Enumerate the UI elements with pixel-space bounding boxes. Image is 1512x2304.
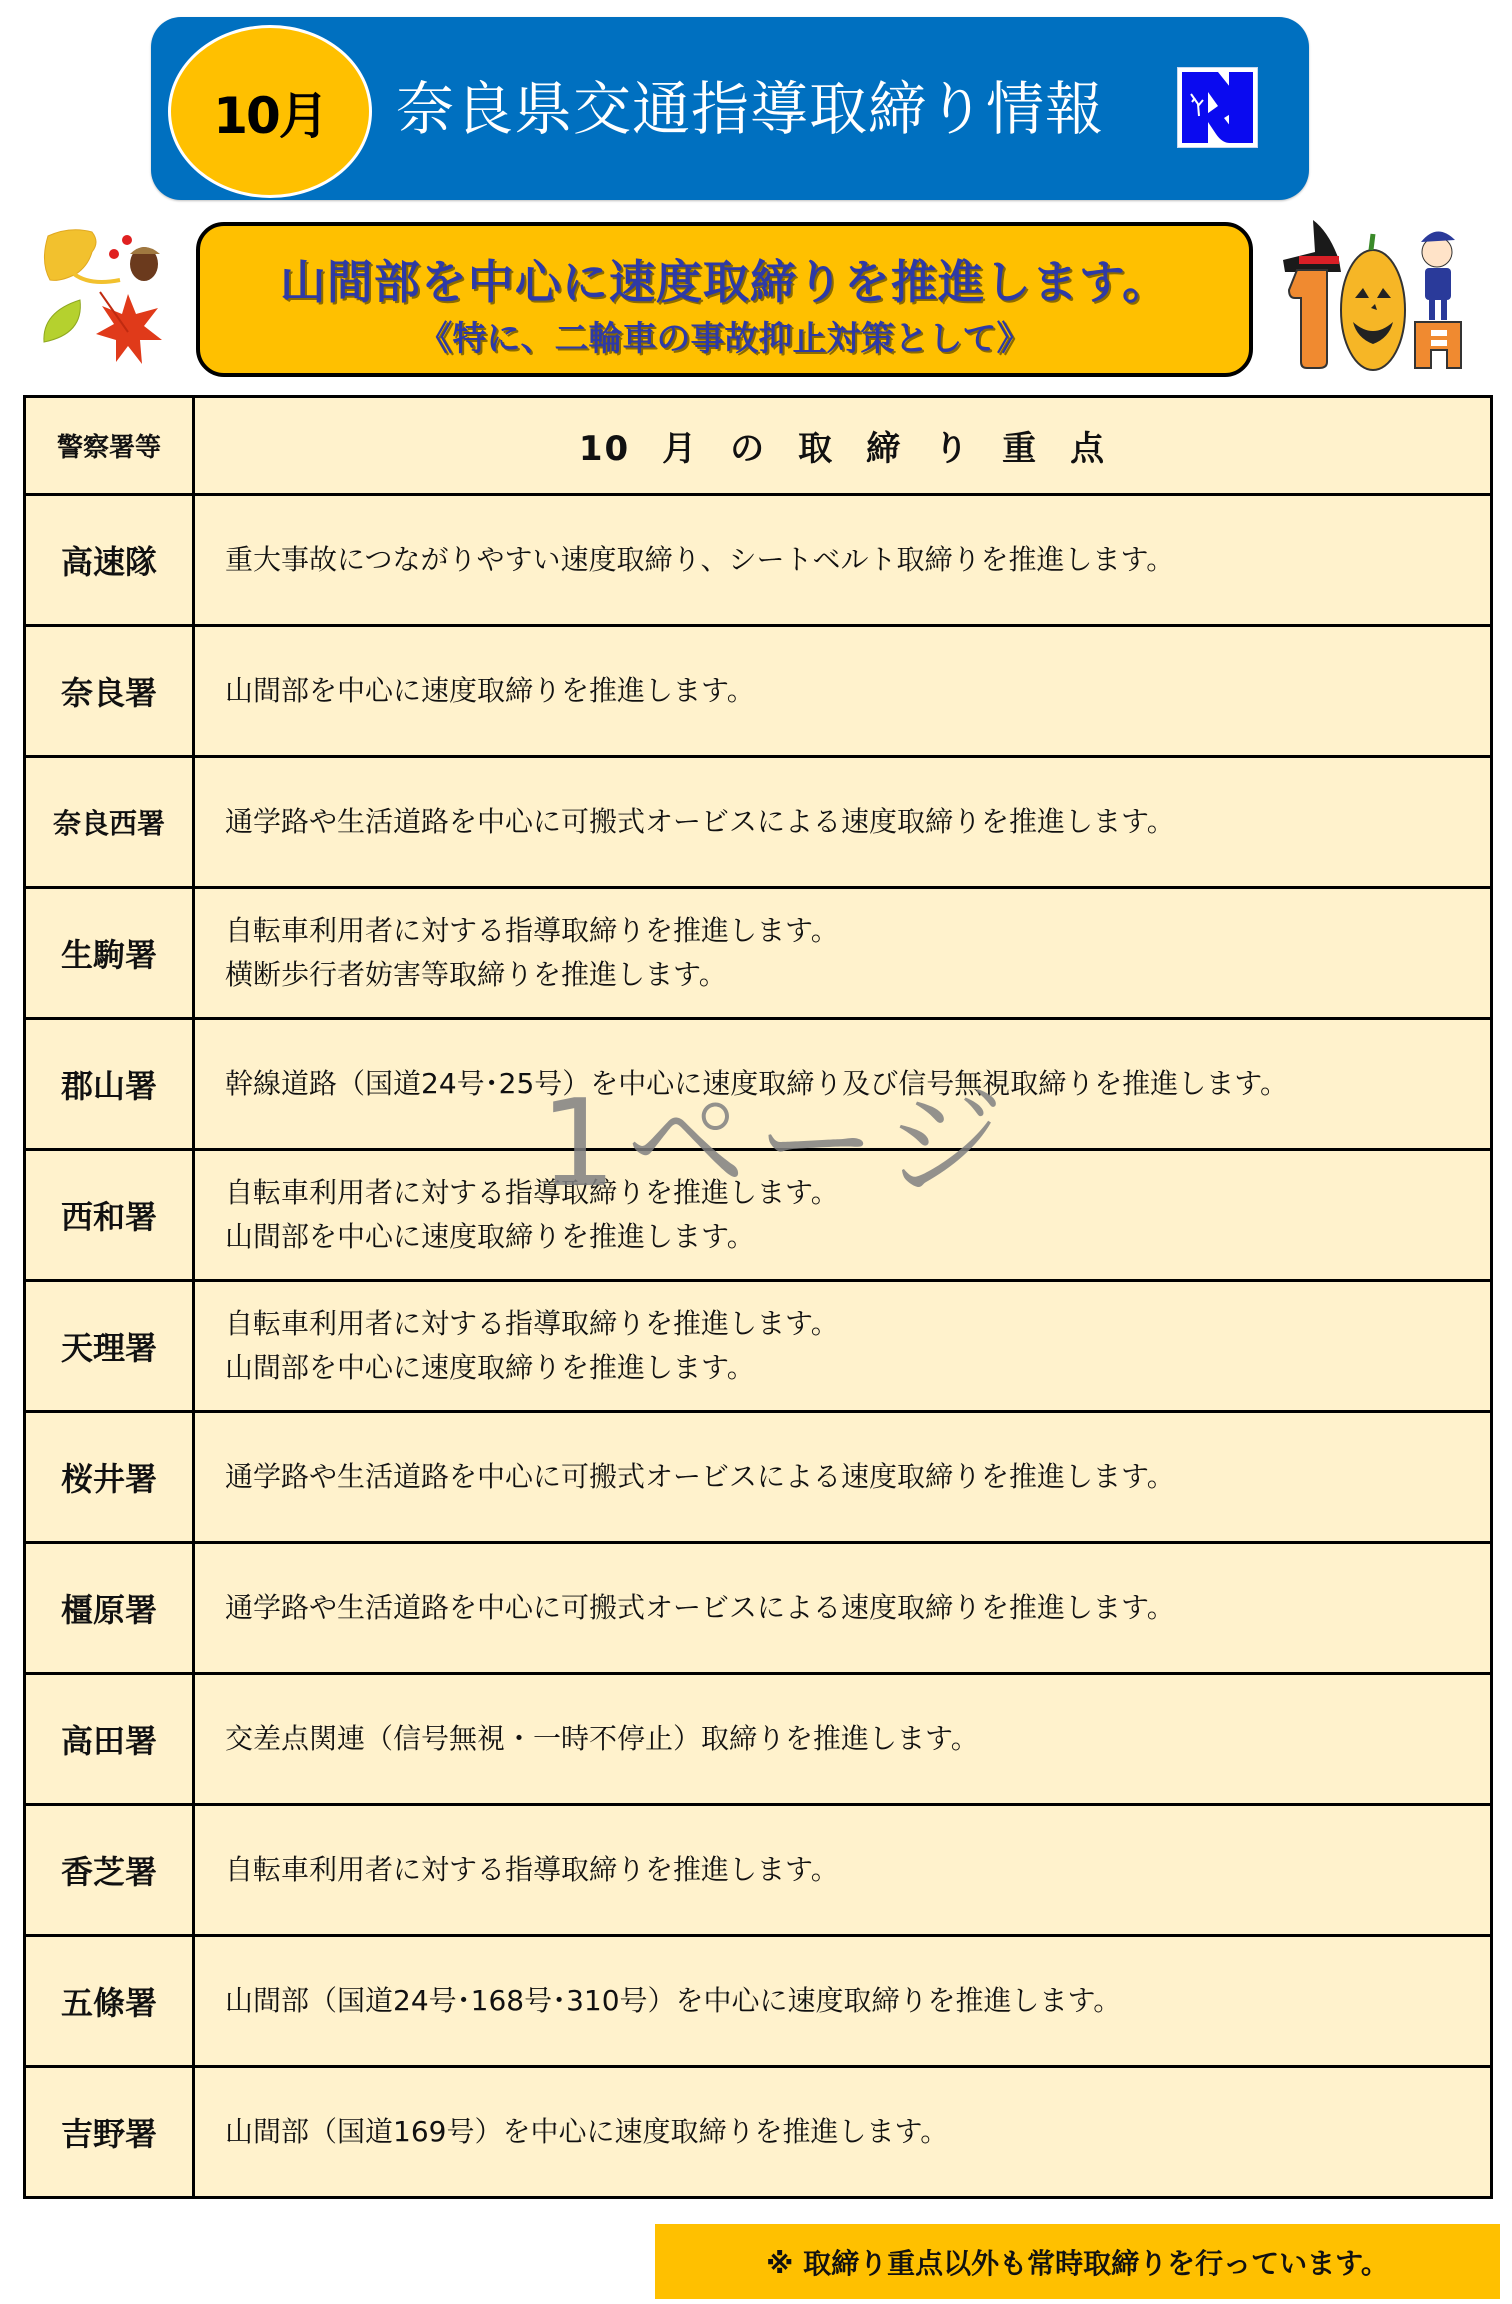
table-row: 奈良署 山間部を中心に速度取締りを推進します。 (25, 626, 1492, 757)
table-row: 天理署 自転車利用者に対する指導取締りを推進します。 山間部を中心に速度取締りを… (25, 1281, 1492, 1412)
column-header-station: 警察署等 (25, 397, 194, 495)
focus-line: 自転車利用者に対する指導取締りを推進します。 (225, 1302, 1490, 1346)
station-name: 生駒署 (25, 888, 194, 1019)
station-name: 香芝署 (25, 1805, 194, 1936)
focus-text: 山間部（国道169号）を中心に速度取締りを推進します。 (194, 2067, 1492, 2198)
enforcement-table: 警察署等 10月の取締り重点 高速隊 重大事故につながりやすい速度取締り、シート… (23, 395, 1493, 2199)
month-badge-label: 10月 (213, 76, 327, 148)
column-header-focus: 10月の取締り重点 (194, 397, 1492, 495)
focus-text: 交差点関連（信号無視・一時不停止）取締りを推進します。 (194, 1674, 1492, 1805)
focus-text: 通学路や生活道路を中心に可搬式オービスによる速度取締りを推進します。 (194, 1543, 1492, 1674)
autumn-leaves-icon (30, 222, 190, 372)
station-name: 五條署 (25, 1936, 194, 2067)
station-name: 奈良西署 (25, 757, 194, 888)
focus-line: 重大事故につながりやすい速度取締り、シートベルト取締りを推進します。 (225, 538, 1490, 582)
focus-header-char: の (714, 429, 782, 469)
nara-police-logo-icon (1177, 67, 1258, 148)
banner-headline: 山間部を中心に速度取締りを推進します。 (200, 246, 1249, 312)
focus-text: 自転車利用者に対する指導取締りを推進します。 横断歩行者妨害等取締りを推進します… (194, 888, 1492, 1019)
focus-line: 山間部（国道169号）を中心に速度取締りを推進します。 (225, 2110, 1490, 2154)
focus-text: 幹線道路（国道24号･25号）を中心に速度取締り及び信号無視取締りを推進します。 (194, 1019, 1492, 1150)
focus-line: 山間部を中心に速度取締りを推進します。 (225, 1215, 1490, 1259)
table-row: 西和署 自転車利用者に対する指導取締りを推進します。 山間部を中心に速度取締りを… (25, 1150, 1492, 1281)
focus-header-char: 月 (646, 429, 714, 469)
station-name: 奈良署 (25, 626, 194, 757)
focus-header-char: 締 (850, 429, 918, 469)
halloween-10-month-police-icon (1275, 212, 1470, 377)
station-name: 吉野署 (25, 2067, 194, 2198)
focus-line: 自転車利用者に対する指導取締りを推進します。 (225, 1848, 1490, 1892)
table-row: 高田署 交差点関連（信号無視・一時不停止）取締りを推進します。 (25, 1674, 1492, 1805)
table-row: 郡山署 幹線道路（国道24号･25号）を中心に速度取締り及び信号無視取締りを推進… (25, 1019, 1492, 1150)
table-row: 五條署 山間部（国道24号･168号･310号）を中心に速度取締りを推進します。 (25, 1936, 1492, 2067)
page-title: 奈良県交通指導取締り情報 (396, 69, 1104, 149)
footer-note: ※ 取締り重点以外も常時取締りを行っています。 (655, 2224, 1500, 2299)
focus-text: 通学路や生活道路を中心に可搬式オービスによる速度取締りを推進します。 (194, 757, 1492, 888)
focus-line: 自転車利用者に対する指導取締りを推進します。 (225, 909, 1490, 953)
focus-line: 交差点関連（信号無視・一時不停止）取締りを推進します。 (225, 1717, 1490, 1761)
station-name: 桜井署 (25, 1412, 194, 1543)
table-row: 吉野署 山間部（国道169号）を中心に速度取締りを推進します。 (25, 2067, 1492, 2198)
focus-line: 自転車利用者に対する指導取締りを推進します。 (225, 1171, 1490, 1215)
banner-subline: 《特に、二輪車の事故抑止対策として》 (200, 311, 1249, 360)
focus-header-char: 取 (782, 429, 850, 469)
station-name: 高田署 (25, 1674, 194, 1805)
focus-text: 山間部（国道24号･168号･310号）を中心に速度取締りを推進します。 (194, 1936, 1492, 2067)
table-row: 奈良西署 通学路や生活道路を中心に可搬式オービスによる速度取締りを推進します。 (25, 757, 1492, 888)
focus-line: 横断歩行者妨害等取締りを推進します。 (225, 953, 1490, 997)
page-header: 10月 奈良県交通指導取締り情報 (151, 17, 1309, 200)
table-header-row: 警察署等 10月の取締り重点 (25, 397, 1492, 495)
focus-text: 自転車利用者に対する指導取締りを推進します。 山間部を中心に速度取締りを推進しま… (194, 1281, 1492, 1412)
focus-line: 通学路や生活道路を中心に可搬式オービスによる速度取締りを推進します。 (225, 1455, 1490, 1499)
focus-line: 幹線道路（国道24号･25号）を中心に速度取締り及び信号無視取締りを推進します。 (225, 1062, 1490, 1106)
focus-text: 通学路や生活道路を中心に可搬式オービスによる速度取締りを推進します。 (194, 1412, 1492, 1543)
focus-text: 自転車利用者に対する指導取締りを推進します。 (194, 1805, 1492, 1936)
focus-text: 自転車利用者に対する指導取締りを推進します。 山間部を中心に速度取締りを推進しま… (194, 1150, 1492, 1281)
focus-line: 山間部を中心に速度取締りを推進します。 (225, 669, 1490, 713)
month-badge: 10月 (168, 25, 372, 198)
focus-banner: 山間部を中心に速度取締りを推進します。 《特に、二輪車の事故抑止対策として》 (196, 222, 1253, 377)
table-row: 桜井署 通学路や生活道路を中心に可搬式オービスによる速度取締りを推進します。 (25, 1412, 1492, 1543)
station-name: 西和署 (25, 1150, 194, 1281)
focus-header-char: 重 (986, 429, 1054, 469)
focus-line: 山間部を中心に速度取締りを推進します。 (225, 1346, 1490, 1390)
focus-header-char: 10 (563, 429, 646, 469)
table-row: 香芝署 自転車利用者に対する指導取締りを推進します。 (25, 1805, 1492, 1936)
table-row: 橿原署 通学路や生活道路を中心に可搬式オービスによる速度取締りを推進します。 (25, 1543, 1492, 1674)
focus-line: 山間部（国道24号･168号･310号）を中心に速度取締りを推進します。 (225, 1979, 1490, 2023)
station-name: 高速隊 (25, 495, 194, 626)
table-row: 生駒署 自転車利用者に対する指導取締りを推進します。 横断歩行者妨害等取締りを推… (25, 888, 1492, 1019)
focus-line: 通学路や生活道路を中心に可搬式オービスによる速度取締りを推進します。 (225, 1586, 1490, 1630)
station-name: 天理署 (25, 1281, 194, 1412)
station-name: 郡山署 (25, 1019, 194, 1150)
focus-header-char: り (918, 429, 986, 469)
focus-header-char: 点 (1054, 429, 1122, 469)
focus-text: 重大事故につながりやすい速度取締り、シートベルト取締りを推進します。 (194, 495, 1492, 626)
focus-text: 山間部を中心に速度取締りを推進します。 (194, 626, 1492, 757)
table-row: 高速隊 重大事故につながりやすい速度取締り、シートベルト取締りを推進します。 (25, 495, 1492, 626)
focus-line: 通学路や生活道路を中心に可搬式オービスによる速度取締りを推進します。 (225, 800, 1490, 844)
station-name: 橿原署 (25, 1543, 194, 1674)
